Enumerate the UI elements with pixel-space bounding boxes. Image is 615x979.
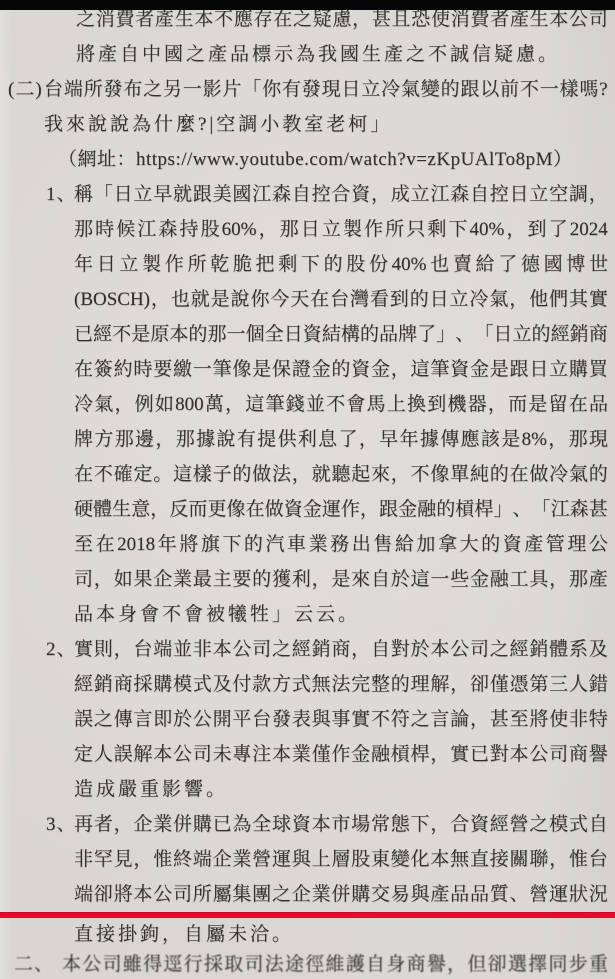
line-label: 二、: [14, 947, 54, 979]
document-line: 非罕見，惟終端企業營運與上層股東變化本無直接關聯，惟台: [0, 842, 615, 877]
red-marker-line: [0, 912, 615, 918]
document-line: 至在2018年將旗下的汽車業務出售給加拿大的資產管理公: [0, 527, 615, 562]
document-line: 經銷商採購模式及付款方式無法完整的理解，卻僅憑第三人錯: [0, 667, 615, 702]
document-line: 2、 實則，台端並非本公司之經銷商，自對於本公司之經銷體系及: [0, 632, 615, 667]
line-text: 至在2018年將旗下的汽車業務出售給加拿大的資產管理公: [74, 527, 608, 562]
document-line: 誤之傳言即於公開平台發表與事實不符之言論，甚至將使非特: [0, 702, 615, 737]
line-text: 品本身會不會被犧牲」云云。: [74, 597, 608, 632]
line-text: 實則，台端並非本公司之經銷商，自對於本公司之經銷體系及: [74, 632, 608, 667]
line-text: （網址：https://www.youtube.com/watch?v=zKpU…: [58, 142, 608, 177]
document-line: 造成嚴重影響。: [0, 772, 615, 807]
line-text: 冷氣，例如800萬，這筆錢並不會馬上換到機器，而是留在品: [74, 387, 608, 422]
line-text: 在不確定。這樣子的做法，就聽起來，不像單純的在做冷氣的: [74, 457, 608, 492]
document-line: 冷氣，例如800萬，這筆錢並不會馬上換到機器，而是留在品: [0, 387, 615, 422]
document-line: 在不確定。這樣子的做法，就聽起來，不像單純的在做冷氣的: [0, 457, 615, 492]
line-text: 經銷商採購模式及付款方式無法完整的理解，卻僅憑第三人錯: [74, 667, 608, 702]
line-text: 我來說說為什麼?|空調小教室老柯」: [44, 107, 608, 142]
line-text: 端卻將本公司所屬集團之企業併購交易與產品品質、營運狀況: [74, 877, 608, 912]
line-label: 3、: [46, 807, 77, 842]
line-text: 台端所發布之另一影片「你有發現日立冷氣變的跟以前不一樣嗎?: [44, 72, 608, 107]
line-text: 在簽約時要繳一筆像是保證金的資金，這筆資金是跟日立購買: [74, 352, 608, 387]
document-line: 已經不是原本的那一個全日資結構的品牌了」、「日立的經銷商: [0, 317, 615, 352]
line-text: 再者，企業併購已為全球資本市場常態下，合資經營之模式自: [74, 807, 608, 842]
line-text: 造成嚴重影響。: [74, 772, 608, 807]
document-lines: 之消費者產生本不應存在之疑慮，甚且恐使消費者產生本公司 將產自中國之產品標示為我…: [0, 2, 615, 979]
line-text: 定人誤解本公司未專注本業僅作金融槓桿，實已對本公司商譽: [74, 737, 608, 772]
document-line: 品本身會不會被犧牲」云云。: [0, 597, 615, 632]
line-text: (BOSCH)，也就是說你今天在台灣看到的日立冷氣，他們其實: [74, 282, 608, 317]
document-line: 在簽約時要繳一筆像是保證金的資金，這筆資金是跟日立購買: [0, 352, 615, 387]
document-line: 司，如果企業最主要的獲利，是來自於這一些金融工具，那產: [0, 562, 615, 597]
line-label: 1、: [46, 177, 77, 212]
line-text: 年日立製作所乾脆把剩下的股份40%也賣給了德國博世: [74, 247, 608, 282]
line-text: 非罕見，惟終端企業營運與上層股東變化本無直接關聯，惟台: [74, 842, 608, 877]
document-line: 端卻將本公司所屬集團之企業併購交易與產品品質、營運狀況: [0, 877, 615, 912]
document-line: 那時候江森持股60%，那日立製作所只剩下40%，到了2024: [0, 212, 615, 247]
line-text: 司，如果企業最主要的獲利，是來自於這一些金融工具，那產: [74, 562, 608, 597]
document-line: 我來說說為什麼?|空調小教室老柯」: [0, 107, 615, 142]
document-line: 二、 本公司雖得逕行採取司法途徑維護自身商譽，但卻選擇同步重: [0, 947, 615, 979]
document-line: 牌方那邊，那據說有提供利息了，早年據傳應該是8%，那現: [0, 422, 615, 457]
document-line: 1、 稱「日立早就跟美國江森自控合資，成立江森自控日立空調，: [0, 177, 615, 212]
document-line: 定人誤解本公司未專注本業僅作金融槓桿，實已對本公司商譽: [0, 737, 615, 772]
line-label: 2、: [46, 632, 77, 667]
line-text: 誤之傳言即於公開平台發表與事實不符之言論，甚至將使非特: [74, 702, 608, 737]
video-letterbox-bar: [0, 0, 615, 10]
document-line: (BOSCH)，也就是說你今天在台灣看到的日立冷氣，他們其實: [0, 282, 615, 317]
document-line: 年日立製作所乾脆把剩下的股份40%也賣給了德國博世: [0, 247, 615, 282]
document-line: 硬體生意，反而更像在做資金運作，跟金融的槓桿」、「江森甚: [0, 492, 615, 527]
document-line: (二) 台端所發布之另一影片「你有發現日立冷氣變的跟以前不一樣嗎?: [0, 72, 615, 107]
line-text: 將產自中國之產品標示為我國生產之不誠信疑慮。: [76, 37, 608, 72]
line-text: 稱「日立早就跟美國江森自控合資，成立江森自控日立空調，: [74, 177, 608, 212]
line-text: 已經不是原本的那一個全日資結構的品牌了」、「日立的經銷商: [74, 317, 608, 352]
document-line: 3、 再者，企業併購已為全球資本市場常態下，合資經營之模式自: [0, 807, 615, 842]
line-label: (二): [8, 72, 43, 107]
line-text: 那時候江森持股60%，那日立製作所只剩下40%，到了2024: [74, 212, 608, 247]
document-line: 將產自中國之產品標示為我國生產之不誠信疑慮。: [0, 37, 615, 72]
line-text: 本公司雖得逕行採取司法途徑維護自身商譽，但卻選擇同步重: [62, 947, 608, 979]
line-text: 硬體生意，反而更像在做資金運作，跟金融的槓桿」、「江森甚: [74, 492, 608, 527]
line-text: 牌方那邊，那據說有提供利息了，早年據傳應該是8%，那現: [74, 422, 608, 457]
document-line: （網址：https://www.youtube.com/watch?v=zKpU…: [0, 142, 615, 177]
document-page: 之消費者產生本不應存在之疑慮，甚且恐使消費者產生本公司 將產自中國之產品標示為我…: [0, 0, 615, 979]
